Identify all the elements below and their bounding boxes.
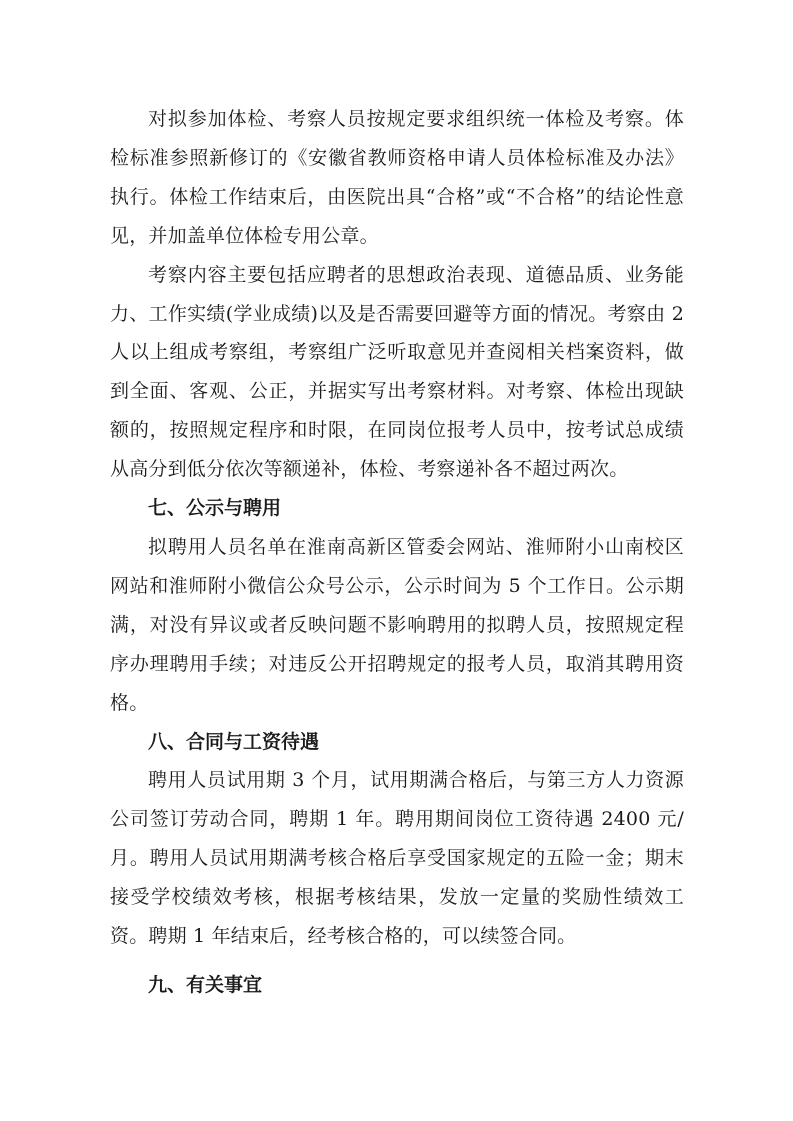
paragraph-publicity: 拟聘用人员名单在淮南高新区管委会网站、淮师附小山南校区网站和淮师附小微信公众号公… <box>110 528 684 723</box>
document-page: 对拟参加体检、考察人员按规定要求组织统一体检及考察。体检标准参照新修订的《安徽省… <box>110 100 684 1005</box>
heading-section-8: 八、合同与工资待遇 <box>110 723 684 762</box>
paragraph-inspection: 考察内容主要包括应聘者的思想政治表现、道德品质、业务能力、工作实绩(学业成绩)以… <box>110 256 684 489</box>
paragraph-contract-salary: 聘用人员试用期 3 个月，试用期满合格后，与第三方人力资源公司签订劳动合同，聘期… <box>110 761 684 956</box>
paragraph-physical-exam: 对拟参加体检、考察人员按规定要求组织统一体检及考察。体检标准参照新修订的《安徽省… <box>110 100 684 256</box>
heading-section-9: 九、有关事宜 <box>110 966 684 1005</box>
heading-section-7: 七、公示与聘用 <box>110 489 684 528</box>
